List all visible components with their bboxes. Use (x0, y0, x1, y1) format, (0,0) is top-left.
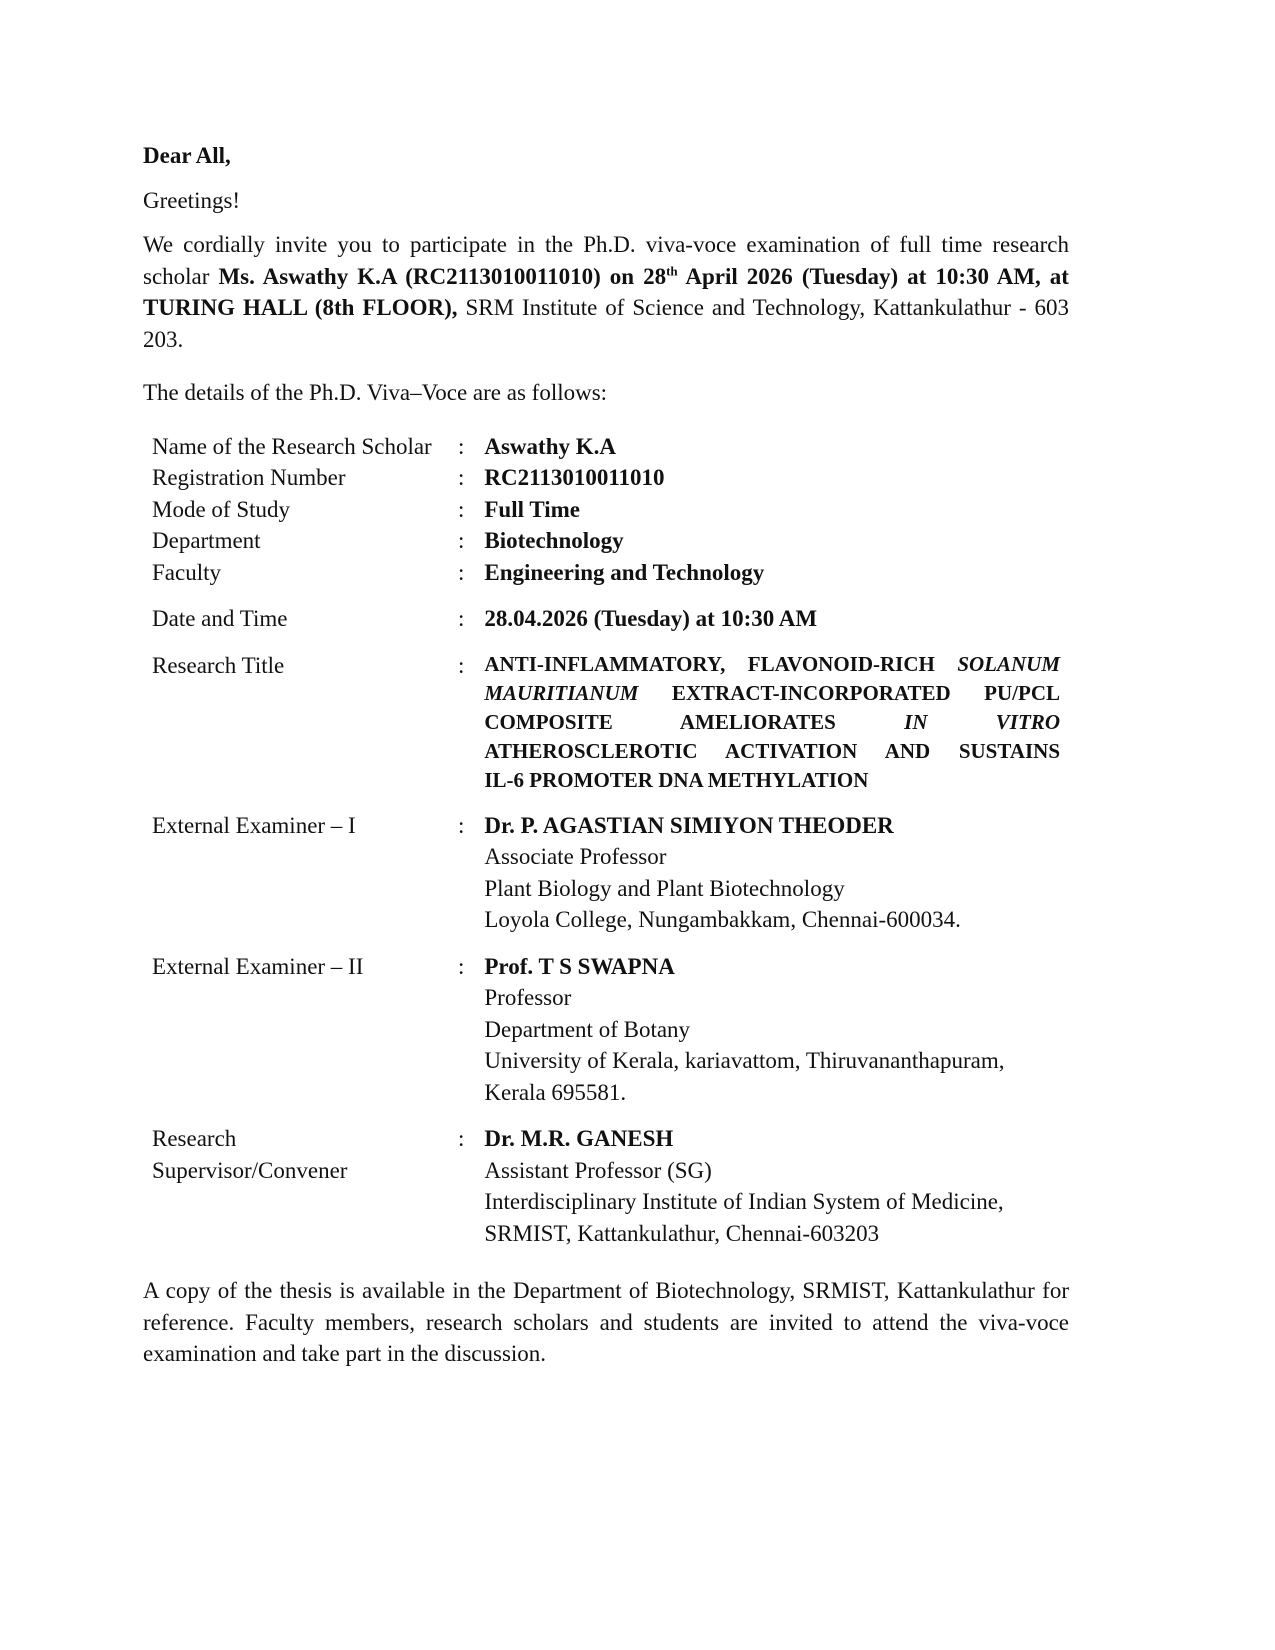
detail-label: Mode of Study (152, 494, 458, 526)
detail-separator: : (458, 431, 484, 463)
title-italic: MAURITIANUM (484, 681, 638, 705)
detail-row-examiner-2: External Examiner – II : Prof. T S SWAPN… (152, 936, 1060, 1109)
title-line: ANTI-INFLAMMATORY, FLAVONOID-RICH SOLANU… (484, 650, 1060, 679)
detail-separator: : (458, 588, 484, 635)
document-page: Dear All, Greetings! We cordially invite… (143, 140, 1069, 1370)
viva-details-table: Name of the Research Scholar : Aswathy K… (152, 431, 1060, 1250)
detail-value: Biotechnology (484, 525, 1060, 557)
examiner-name: Prof. T S SWAPNA (484, 951, 1060, 983)
detail-row-examiner-1: External Examiner – I : Dr. P. AGASTIAN … (152, 795, 1060, 936)
supervisor-info: Dr. M.R. GANESH Assistant Professor (SG)… (484, 1108, 1060, 1249)
detail-row-title: Research Title : ANTI-INFLAMMATORY, FLAV… (152, 635, 1060, 795)
scholar-info: Ms. Aswathy K.A (RC2113010011010) on 28 (218, 264, 666, 289)
title-text: IL-6 PROMOTER DNA METHYLATION (484, 768, 868, 792)
detail-label: External Examiner – I (152, 795, 458, 936)
detail-row-department: Department : Biotechnology (152, 525, 1060, 557)
detail-row-datetime: Date and Time : 28.04.2026 (Tuesday) at … (152, 588, 1060, 635)
supervisor-line: SRMIST, Kattankulathur, Chennai-603203 (484, 1218, 1060, 1250)
detail-value: Aswathy K.A (484, 431, 1060, 463)
title-text: ANTI-INFLAMMATORY, FLAVONOID-RICH (484, 652, 957, 676)
detail-row-registration: Registration Number : RC2113010011010 (152, 462, 1060, 494)
detail-separator: : (458, 635, 484, 795)
detail-label: Faculty (152, 557, 458, 589)
research-title: ANTI-INFLAMMATORY, FLAVONOID-RICH SOLANU… (484, 635, 1060, 795)
title-italic: IN VITRO (904, 710, 1060, 734)
detail-row-scholar: Name of the Research Scholar : Aswathy K… (152, 431, 1060, 463)
examiner-line: University of Kerala, kariavattom, Thiru… (484, 1045, 1060, 1077)
title-line: MAURITIANUM EXTRACT-INCORPORATED PU/PCL (484, 679, 1060, 708)
salutation: Dear All, (143, 140, 1069, 172)
title-line: COMPOSITE AMELIORATES IN VITRO (484, 708, 1060, 737)
detail-separator: : (458, 795, 484, 936)
examiner-line: Kerala 695581. (484, 1077, 1060, 1109)
closing-paragraph: A copy of the thesis is available in the… (143, 1275, 1069, 1370)
supervisor-label-line: Research (152, 1123, 448, 1155)
title-italic: SOLANUM (957, 652, 1060, 676)
detail-separator: : (458, 525, 484, 557)
examiner-line: Loyola College, Nungambakkam, Chennai-60… (484, 904, 1060, 936)
examiner-line: Plant Biology and Plant Biotechnology (484, 873, 1060, 905)
supervisor-name: Dr. M.R. GANESH (484, 1123, 1060, 1155)
title-line: IL-6 PROMOTER DNA METHYLATION (484, 766, 1060, 795)
supervisor-label-line: Supervisor/Convener (152, 1155, 448, 1187)
title-line: ATHEROSCLEROTIC ACTIVATION AND SUSTAINS (484, 737, 1060, 766)
date-superscript: th (666, 263, 678, 278)
title-text: EXTRACT-INCORPORATED PU/PCL (638, 681, 1060, 705)
examiner-name: Dr. P. AGASTIAN SIMIYON THEODER (484, 810, 1060, 842)
detail-separator: : (458, 462, 484, 494)
detail-separator: : (458, 936, 484, 1109)
detail-label: Research Supervisor/Convener (152, 1108, 458, 1249)
title-text: ATHEROSCLEROTIC ACTIVATION AND SUSTAINS (484, 739, 1060, 763)
detail-row-supervisor: Research Supervisor/Convener : Dr. M.R. … (152, 1108, 1060, 1249)
detail-row-faculty: Faculty : Engineering and Technology (152, 557, 1060, 589)
detail-value: 28.04.2026 (Tuesday) at 10:30 AM (484, 588, 1060, 635)
detail-label: Name of the Research Scholar (152, 431, 458, 463)
detail-label: Research Title (152, 635, 458, 795)
examiner-1-info: Dr. P. AGASTIAN SIMIYON THEODER Associat… (484, 795, 1060, 936)
supervisor-line: Interdisciplinary Institute of Indian Sy… (484, 1186, 1060, 1218)
detail-row-mode: Mode of Study : Full Time (152, 494, 1060, 526)
detail-value: Full Time (484, 494, 1060, 526)
detail-label: External Examiner – II (152, 936, 458, 1109)
detail-separator: : (458, 557, 484, 589)
detail-separator: : (458, 494, 484, 526)
title-text: COMPOSITE AMELIORATES (484, 710, 904, 734)
examiner-2-info: Prof. T S SWAPNA Professor Department of… (484, 936, 1060, 1109)
detail-label: Registration Number (152, 462, 458, 494)
detail-label: Department (152, 525, 458, 557)
examiner-line: Associate Professor (484, 841, 1060, 873)
detail-separator: : (458, 1108, 484, 1249)
examiner-line: Department of Botany (484, 1014, 1060, 1046)
invitation-paragraph: We cordially invite you to participate i… (143, 229, 1069, 355)
supervisor-line: Assistant Professor (SG) (484, 1155, 1060, 1187)
detail-value: RC2113010011010 (484, 462, 1060, 494)
greeting: Greetings! (143, 185, 1069, 217)
detail-value: Engineering and Technology (484, 557, 1060, 589)
details-intro: The details of the Ph.D. Viva–Voce are a… (143, 377, 1069, 409)
examiner-line: Professor (484, 982, 1060, 1014)
detail-label: Date and Time (152, 588, 458, 635)
